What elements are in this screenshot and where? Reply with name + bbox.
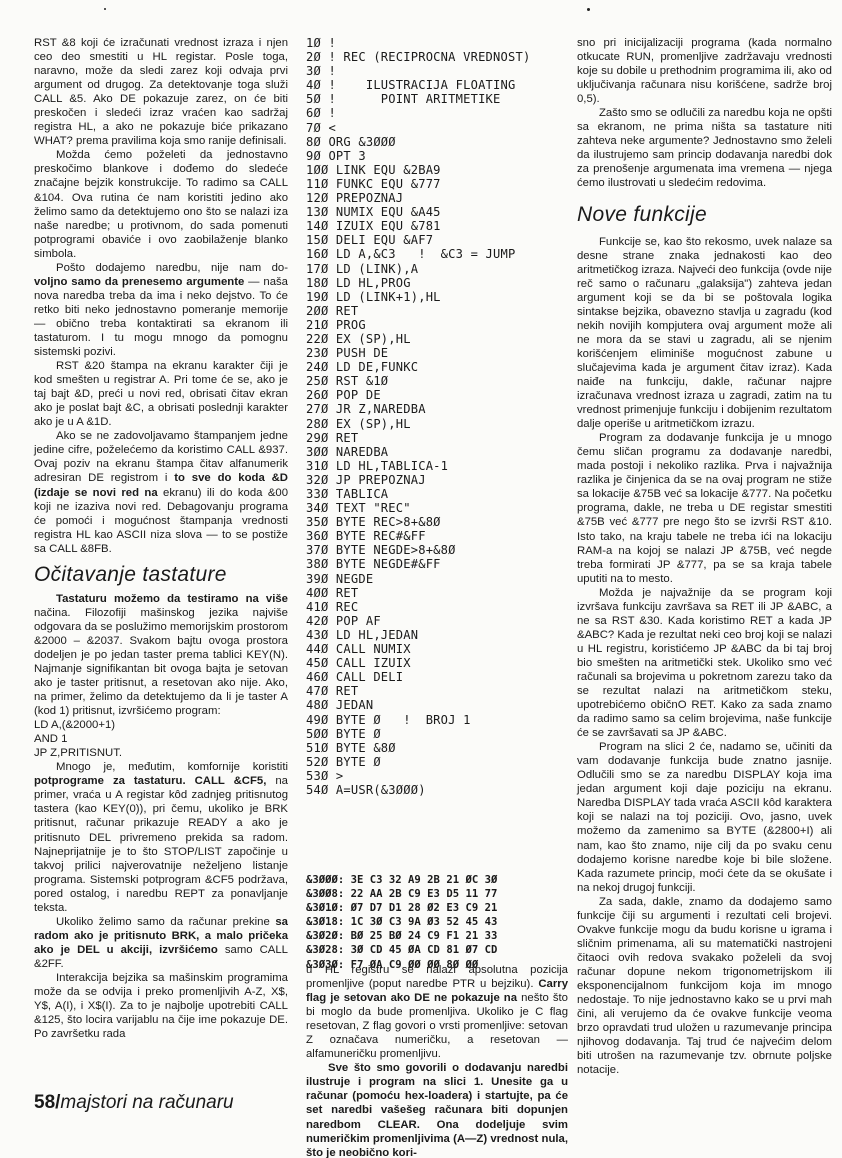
listing-line: 1ØØ LINK EQU &2BA9 [306,163,568,177]
listing-line: 4ØØ RET [306,586,568,600]
listing-line: 3Ø ! [306,64,568,78]
listing-line: 31Ø LD HL,TABLICA-1 [306,459,568,473]
hex-row: &3ØØ8: 22 AA 2B C9 E3 D5 11 77 [306,887,497,901]
bold-run: Tastaturu možemo da testiramo na više [56,593,288,605]
listing-line: 36Ø BYTE REC#&FF [306,529,568,543]
listing-line: 41Ø REC [306,600,568,614]
listing-line: 17Ø LD (LINK),A [306,262,568,276]
listing-line: 11Ø FUNKC EQU &777 [306,177,568,191]
listing-line: 43Ø LD HL,JEDAN [306,628,568,642]
page-footer: 58/majstori na računaru [34,1092,234,1114]
listing-line: 13Ø NUMIX EQU &A45 [306,205,568,219]
paragraph: Program na slici 2 će, nadamo se, učinit… [577,740,832,895]
listing-line: 5Ø ! POINT ARITMETIKE [306,92,568,106]
listing-line: 27Ø JR Z,NAREDBA [306,402,568,416]
listing-line: 6Ø ! [306,106,568,120]
listing-line: 54Ø A=USR(&3ØØØ) [306,783,568,797]
listing-line: 53Ø > [306,769,568,783]
code-line: AND 1 [34,732,288,746]
paragraph: Tastaturu možemo da testiramo na više na… [34,592,288,718]
code-line: LD A,(&2000+1) [34,718,288,732]
hex-row: &3Ø18: 1C 3Ø C3 9A Ø3 52 45 43 [306,915,497,929]
listing-line: 15Ø DELI EQU &AF7 [306,233,568,247]
section-heading: Nove funkcije [577,203,832,227]
listing-line: 47Ø RET [306,684,568,698]
hex-row: &3Ø1Ø: Ø7 D7 D1 28 Ø2 E3 C9 21 [306,901,497,915]
text-run: Mnogo je, međutim, komfornije koristiti [56,761,288,773]
listing-line: 16Ø LD A,&C3 ! &C3 = JUMP [306,247,568,261]
code-line: JP Z,PRITISNUT. [34,746,288,760]
listing-line: 24Ø LD DE,FUNKC [306,360,568,374]
listing-line: 51Ø BYTE &8Ø [306,741,568,755]
listing-line: 21Ø PROG [306,318,568,332]
left-column: RST &8 koji će izračunati vrednost izraz… [34,36,288,1041]
hex-dump: &3ØØØ: 3E C3 32 A9 2B 21 ØC 3Ø&3ØØ8: 22 … [306,873,497,972]
paragraph: Možda ćemo poželeti da jednostavno presk… [34,148,288,260]
listing-line: 2ØØ RET [306,304,568,318]
listing-line: 33Ø TABLICA [306,487,568,501]
bold-run: voljno samo da prenesemo argumente [34,276,244,288]
print-speck [104,8,106,10]
paragraph: Za sada, dakle, znamo da dodajemo samo f… [577,895,832,1078]
listing-line: 49Ø BYTE Ø ! BROJ 1 [306,713,568,727]
listing-line: 1Ø ! [306,36,568,50]
paragraph: Program za dodavanje funkcija je u mnogo… [577,431,832,586]
hex-row: &3Ø2Ø: BØ 25 BØ 24 C9 F1 21 33 [306,929,497,943]
paragraph: Ako se ne zadovoljavamo štampanjem jedne… [34,429,288,555]
paragraph: Mnogo je, međutim, komfornije koristiti … [34,760,288,915]
paragraph: Možda je najvažnije da se program koji i… [577,586,832,741]
listing-line: 48Ø JEDAN [306,698,568,712]
listing-line: 5ØØ BYTE Ø [306,727,568,741]
paragraph: Interakcija bejzika sa mašinskim program… [34,971,288,1041]
listing-line: 23Ø PUSH DE [306,346,568,360]
listing-line: 3ØØ NAREDBA [306,445,568,459]
paragraph: Zašto smo se odlučili za naredbu koja ne… [577,106,832,190]
print-speck [587,8,590,11]
hex-row: &3Ø28: 3Ø CD 45 ØA CD 81 Ø7 CD [306,943,497,957]
middle-prose: u HL registru se nalazi apsolutna pozici… [306,963,568,1158]
listing-line: 26Ø POP DE [306,388,568,402]
text-run: Ukoliko želimo samo da računar prekine [56,916,275,928]
paragraph: Pošto dodajemo naredbu, nije nam do- vol… [34,261,288,359]
hex-row: &3ØØØ: 3E C3 32 A9 2B 21 ØC 3Ø [306,873,497,887]
listing-line: 4Ø ! ILUSTRACIJA FLOATING [306,78,568,92]
right-column: sno pri inicijalizaciji programa (kada n… [577,36,832,1077]
listing-line: 22Ø EX (SP),HL [306,332,568,346]
page-number: 58 [34,1092,55,1113]
listing-line: 44Ø CALL NUMIX [306,642,568,656]
listing-line: 35Ø BYTE REC>8+&8Ø [306,515,568,529]
paragraph: RST &20 štampa na ekranu karakter čiji j… [34,359,288,429]
text-run: Pošto dodajemo naredbu, nije nam do- [56,262,288,274]
listing-line: 39Ø NEGDE [306,572,568,586]
text-run: na primer, vraća u A registar kôd zadnje… [34,775,288,913]
paragraph: RST &8 koji će izračunati vrednost izraz… [34,36,288,148]
paragraph: Sve što smo govorili o dodavanju naredbi… [306,1061,568,1158]
listing-line: 46Ø CALL DELI [306,670,568,684]
text-run: — naša nova naredba treba da ima i neko … [34,276,288,358]
listing-line: 32Ø JP PREPOZNAJ [306,473,568,487]
paragraph: Ukoliko želimo samo da računar prekine s… [34,915,288,971]
bold-run: potprograme za tastaturu. CALL &CF5, [34,775,266,787]
listing-line: 42Ø POP AF [306,614,568,628]
listing-line: 2Ø ! REC (RECIPROCNA VREDNOST) [306,50,568,64]
program-listing: 1Ø !2Ø ! REC (RECIPROCNA VREDNOST)3Ø !4Ø… [306,36,568,797]
paragraph: sno pri inicijalizaciji programa (kada n… [577,36,832,106]
listing-line: 9Ø OPT 3 [306,149,568,163]
listing-line: 34Ø TEXT "REC" [306,501,568,515]
listing-line: 7Ø < [306,121,568,135]
listing-line: 19Ø LD (LINK+1),HL [306,290,568,304]
section-heading: Očitavanje tastature [34,563,288,587]
paragraph: u HL registru se nalazi apsolutna pozici… [306,963,568,1061]
listing-line: 18Ø LD HL,PROG [306,276,568,290]
listing-line: 38Ø BYTE NEGDE#&FF [306,557,568,571]
listing-line: 14Ø IZUIX EQU &781 [306,219,568,233]
magazine-title: majstori na računaru [60,1092,233,1113]
listing-line: 45Ø CALL IZUIX [306,656,568,670]
text-run: u HL registru se nalazi apsolutna pozici… [306,964,568,990]
listing-line: 28Ø EX (SP),HL [306,417,568,431]
text-run: načina. Filozofiji mašinskog jezika najv… [34,607,288,717]
listing-line: 52Ø BYTE Ø [306,755,568,769]
listing-line: 37Ø BYTE NEGDE>8+&8Ø [306,543,568,557]
paragraph: Funkcije se, kao što rekosmo, uvek nalaz… [577,235,832,432]
listing-line: 25Ø RST &1Ø [306,374,568,388]
listing-line: 29Ø RET [306,431,568,445]
middle-column: 1Ø !2Ø ! REC (RECIPROCNA VREDNOST)3Ø !4Ø… [306,36,568,1146]
listing-line: 12Ø PREPOZNAJ [306,191,568,205]
listing-line: 8Ø ORG &3ØØØ [306,135,568,149]
